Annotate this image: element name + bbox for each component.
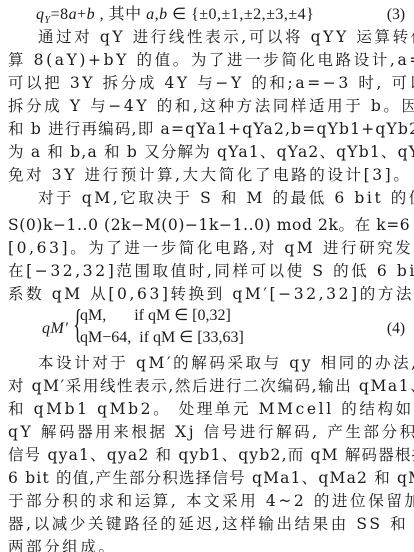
paragraph-1-line: 通过对 qY 进行线性表示,可以将 qYY 运算转化为计 xyxy=(38,26,406,49)
paragraph-1-line: 可以把 3Y 拆分成 4Y 与−Y 的和;a=−3 时, 可以把−3Y xyxy=(8,72,406,95)
paragraph-3-line: 6 bit 的值,产生部分积选择信号 qMa1、qMa2 和 qMb1、qMb2… xyxy=(8,467,406,490)
paragraph-1-line: 免对 3Y 进行预计算,大大简化了电路的设计[3]。 xyxy=(8,164,406,187)
paragraph-3-line: qY 解码器用来根据 Xj 信号进行解码, 产生部分积选择 xyxy=(8,421,406,444)
equation-4-case-1: qM, if qM ∈ [0,32] xyxy=(80,306,231,326)
paragraph-1-line: 和 b 进行再编码,即 a=qYa1+qYa2,b=qYb1+qYb2。 qY … xyxy=(8,118,406,141)
paragraph-3-line: 于部分积的求和运算, 本文采用 4~2 的进位保留加法 xyxy=(8,490,406,513)
paragraph-3-line: 器,以减少关键路径的延迟,这样输出结果由 SS 和 SC xyxy=(8,513,406,536)
equation-4-case-2: qM−64, if qM ∈ [33,63] xyxy=(80,328,244,348)
paragraph-3-line: 本设计对于 qM′的解码采取与 qy 相同的办法, 首先 xyxy=(38,352,406,375)
paragraph-1-line: 为 a 和 b,a 和 b 又分解为 qYa1、qYa2、qYb1、qYb2,这… xyxy=(8,141,406,164)
paragraph-2-line: 系数 qM 从[0,63]转换到 qM′[−32,32]的方法为: xyxy=(8,283,406,306)
equation-4-lhs: qM′ xyxy=(42,317,68,340)
paragraph-1-line: 算 8(aY)+bY 的值。为了进一步简化电路设计,a=3 时, xyxy=(8,49,406,72)
paragraph-2-line: S(0)k−1..0 (2k−M(0)−1k−1..0) mod 2k。在 k=… xyxy=(8,214,406,237)
paragraph-1-line: 拆分成 Y 与−4Y 的和,这种方法同样适用于 b。因此对 a xyxy=(8,95,406,118)
equation-3-number: (3) xyxy=(387,3,405,26)
paragraph-3-line: 信号 qya1、qya2 和 qyb1、qyb2,而 qM 解码器根据 S 和 … xyxy=(8,444,406,467)
paragraph-2-line: 对于 qM,它取决于 S 和 M 的最低 6 bit 的值,即 qM:= xyxy=(38,187,406,210)
paragraph-3-line: 两部分组成。 xyxy=(8,536,406,552)
equation-4-number: (4) xyxy=(387,317,405,340)
paragraph-3-line: 对 qM′采用线性表示,然后进行二次编码,输出 qMa1、qMa2 xyxy=(8,375,406,398)
paragraph-2-line: 在[−32,32]范围取值时,同样可以使 S 的低 6 bit 变为 0。 xyxy=(8,260,406,283)
paragraph-3-line: 和 qMb1 qMb2。 处理单元 MMcell 的结构如图 2 所示, 其中 xyxy=(8,398,406,421)
paragraph-2-line: [0,63]。为了进一步简化电路,对 qM 进行研究发现,当 qM xyxy=(8,237,406,260)
